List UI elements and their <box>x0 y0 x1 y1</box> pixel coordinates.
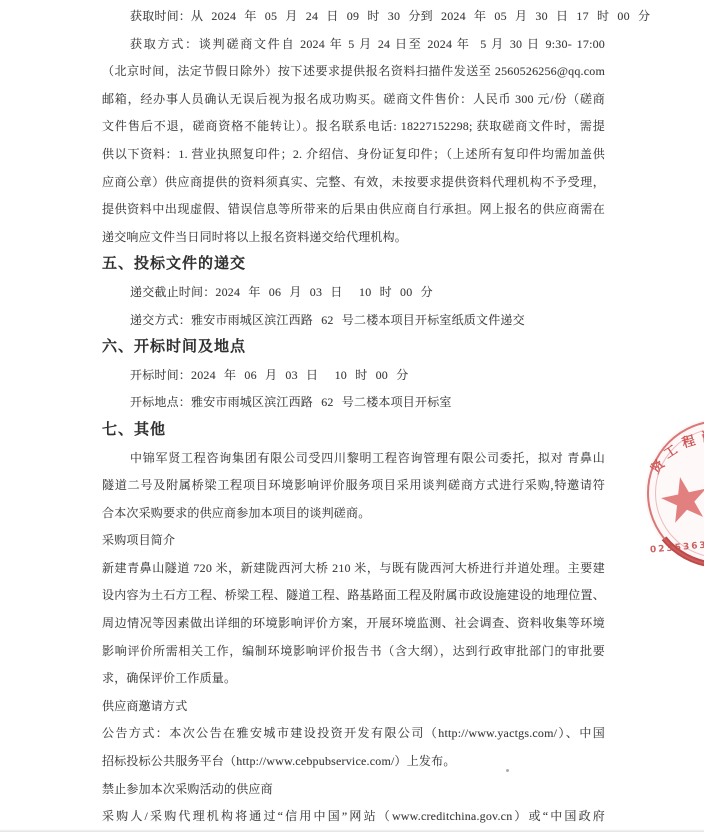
document-line: 设内容为土石方工程、桥梁工程、隧道工程、路基路面工程及附属市政设施建设的地理位置… <box>102 582 605 610</box>
document-body: 获取时间：从 2024 年 05 月 24 日 09 时 30 分到 2024 … <box>102 3 605 831</box>
seal-outer-ring-icon <box>647 420 704 566</box>
document-line: 递交截止时间：2024 年 06 月 03 日 10 时 00 分 <box>102 279 605 307</box>
document-line: 供以下资料：1. 营业执照复印件；2. 介绍信、身份证复印件；（上述所有复印件均… <box>102 141 605 169</box>
document-line: 文件售后不退，磋商资格不能转让）。报名联系电话: 18227152298; 获取… <box>102 113 605 141</box>
document-line: 邮箱，经办事人员确认无误后视为报名成功购买。磋商文件售价：人民币 300 元/份… <box>102 86 605 114</box>
seal-arc-char: 贤 <box>648 457 666 475</box>
document-line: 隧道二号及附属桥梁工程项目环境影响评价服务项目采用谈判磋商方式进行采购,特邀请符 <box>102 472 605 500</box>
document-line: 提供资料中出现虚假、错误信息等所带来的后果由供应商自行承担。网上报名的供应商需在 <box>102 196 605 224</box>
document-line: 供应商邀请方式 <box>102 693 605 721</box>
document-line: 递交响应文件当日同时将以上报名资料递交给代理机构。 <box>102 224 605 252</box>
document-line: （北京时间，法定节假日除外）按下述要求提供报名资料扫描件发送至 25605262… <box>102 58 605 86</box>
document-line: 求，确保评价工作质量。 <box>102 665 605 693</box>
seal-bottom-rim <box>638 411 704 576</box>
document-line: 获取方式：谈判磋商文件自 2024 年 5 月 24 日至 2024 年 5 月… <box>102 31 605 59</box>
document-line: 获取时间：从 2024 年 05 月 24 日 09 时 30 分到 2024 … <box>102 3 605 31</box>
document-line: 招标投标公共服务平台（http://www.cebpubservice.com/… <box>102 748 605 776</box>
document-line: 禁止参加本次采购活动的供应商 <box>102 776 605 804</box>
scan-speck <box>506 769 509 772</box>
document-line: 公告方式：本次公告在雅安城市建设投资开发有限公司（http://www.yact… <box>102 720 605 748</box>
document-line: 开标地点：雅安市雨城区滨江西路 62 号二楼本项目开标室 <box>102 389 605 417</box>
seal-inner-ring-icon <box>655 428 704 558</box>
seal-arc-char: 程 <box>680 433 696 449</box>
document-line: 采购人/采购代理机构将通过“信用中国”网站（www.creditchina.go… <box>102 803 605 831</box>
document-line: 中锦军贤工程咨询集团有限公司受四川黎明工程咨询管理有限公司委托，拟对 青鼻山 <box>102 445 605 473</box>
seal-serial-number: 0235363 <box>650 540 704 555</box>
document-page: 获取时间：从 2024 年 05 月 24 日 09 时 30 分到 2024 … <box>0 0 704 832</box>
document-line: 递交方式：雅安市雨城区滨江西路 62 号二楼本项目开标室纸质文件递交 <box>102 307 605 335</box>
document-line: 新建青鼻山隧道 720 米，新建陇西河大桥 210 米，与既有陇西河大桥进行并道… <box>102 555 605 583</box>
section-heading: 六、开标时间及地点 <box>102 334 605 362</box>
document-line: 应商公章）供应商提供的资料须真实、完整、有效，未按要求提供资料代理机构不予受理， <box>102 169 605 197</box>
document-line: 周边情况等因素做出详细的环境影响评价方案，开展环境监测、社会调查、资料收集等环境 <box>102 610 605 638</box>
star-icon: ★ <box>652 465 704 535</box>
section-heading: 七、其他 <box>102 417 605 445</box>
document-line: 合本次采购要求的供应商参加本项目的谈判磋商。 <box>102 500 605 528</box>
seal-arc-char: 工 <box>662 443 680 461</box>
company-seal: ★ 贤 工 程 咨 0235363 <box>645 416 704 576</box>
document-line: 影响评价所需相关工作，编制环境影响评价报告书（含大纲），达到行政审批部门的审批要 <box>102 638 605 666</box>
document-line: 采购项目简介 <box>102 527 605 555</box>
document-line: 开标时间：2024 年 06 月 03 日 10 时 00 分 <box>102 362 605 390</box>
section-heading: 五、投标文件的递交 <box>102 251 605 279</box>
